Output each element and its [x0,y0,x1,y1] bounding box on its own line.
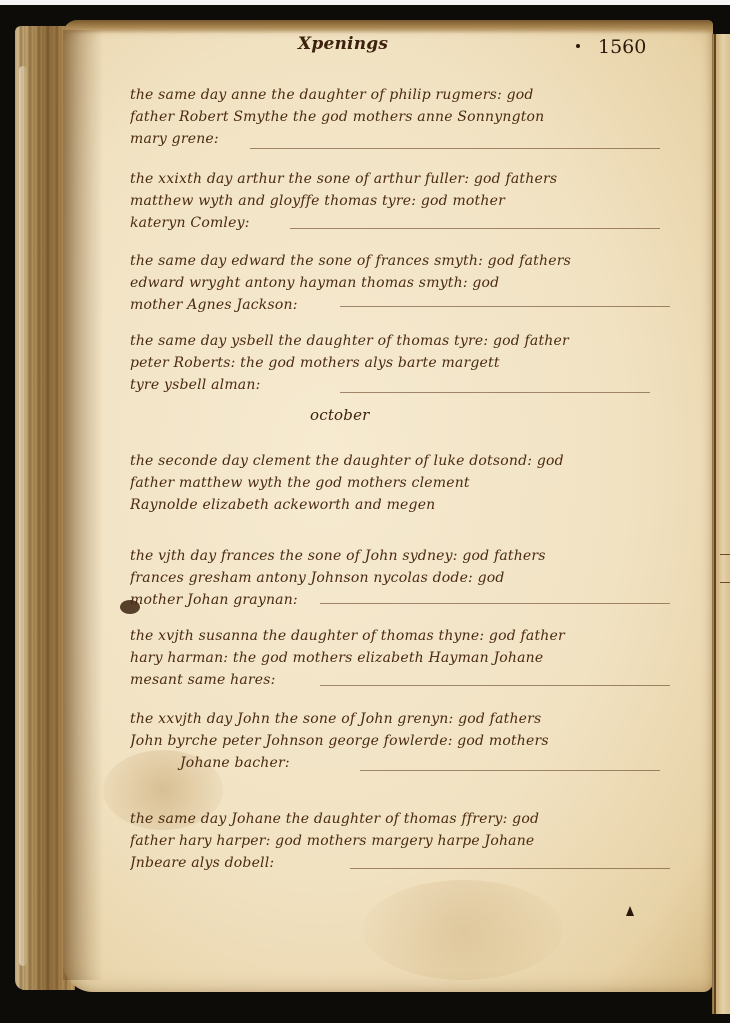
page-top-edge-stain [63,20,713,34]
entry-line: father Robert Smythe the god mothers ann… [130,106,690,128]
entry-line: mother Agnes Jackson: [130,294,690,316]
gutter-shadow [63,30,103,980]
entry-line: mother Johan graynan: [130,589,690,611]
entry-line: the vjth day frances the sone of John sy… [130,545,690,567]
entry-line: mary grene: [130,128,690,150]
page-heading: Xpenings [298,34,388,54]
entry-line: the xxvjth day John the sone of John gre… [130,708,690,730]
entry-line: the same day ysbell the daughter of thom… [130,330,690,352]
entry-line: the xvjth susanna the daughter of thomas… [130,625,690,647]
ruled-line [340,306,670,307]
entry-line: the same day Johane the daughter of thom… [130,808,690,830]
entry-line: the same day edward the sone of frances … [130,250,690,272]
ruled-line [290,228,660,229]
caret-mark [626,906,634,916]
entry-line: the same day anne the daughter of philip… [130,84,690,106]
ruled-line [350,868,670,869]
page-edge-highlight [19,66,27,966]
ink-blot [120,600,140,614]
month-heading: october [310,406,370,424]
page-year: 1560 [598,36,646,58]
entry-line: mesant same hares: [130,669,690,691]
register-entry: the xvjth susanna the daughter of thomas… [130,625,690,691]
register-entry: the xxvjth day John the sone of John gre… [130,708,690,774]
entry-line: frances gresham antony Johnson nycolas d… [130,567,690,589]
ruled-line [340,392,650,393]
entry-line: John byrche peter Johnson george fowlerd… [130,730,690,752]
gutter-line [714,34,716,1014]
register-entry: the same day Johane the daughter of thom… [130,808,690,874]
ruled-line [320,685,670,686]
register-entry: the same day ysbell the daughter of thom… [130,330,690,396]
entry-line: the xxixth day arthur the sone of arthur… [130,168,690,190]
entry-line: father hary harper: god mothers margery … [130,830,690,852]
register-entry: the same day edward the sone of frances … [130,250,690,316]
entry-line: kateryn Comley: [130,212,690,234]
facing-page-edge [712,34,730,1014]
entry-line: edward wryght antony hayman thomas smyth… [130,272,690,294]
register-entry: the xxixth day arthur the sone of arthur… [130,168,690,234]
water-stain [363,880,563,980]
entry-line: peter Roberts: the god mothers alys bart… [130,352,690,374]
ruled-line [360,770,660,771]
entry-line: hary harman: the god mothers elizabeth H… [130,647,690,669]
register-entry: the same day anne the daughter of philip… [130,84,690,150]
entry-line: Raynolde elizabeth ackeworth and megen [130,494,690,516]
entry-line: the seconde day clement the daughter of … [130,450,690,472]
entry-line: father matthew wyth the god mothers clem… [130,472,690,494]
register-entry: the seconde day clement the daughter of … [130,450,690,516]
facing-page-ink-mark [720,582,730,583]
facing-page-ink-mark [720,554,730,555]
ruled-line [320,603,670,604]
register-entry: the vjth day frances the sone of John sy… [130,545,690,611]
ruled-line [250,148,660,149]
entry-line: matthew wyth and gloyffe thomas tyre: go… [130,190,690,212]
entry-line: Jnbeare alys dobell: [130,852,690,874]
year-dot [576,44,580,48]
